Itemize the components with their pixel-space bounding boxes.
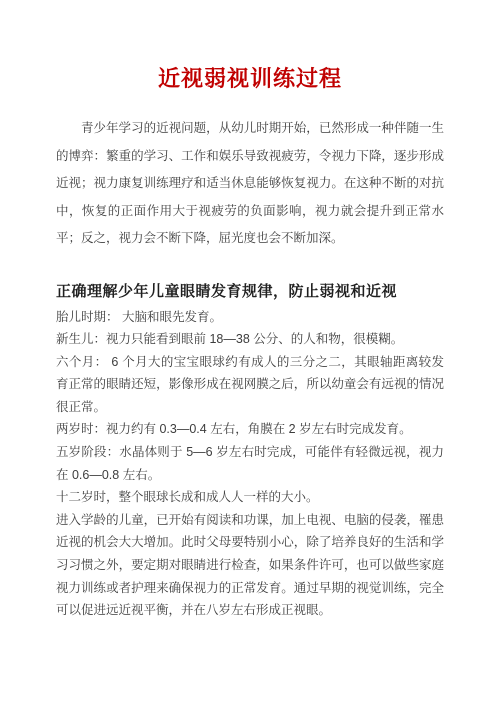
- page-title: 近视弱视训练过程: [56, 0, 444, 93]
- stage-item-twelve-years: 十二岁时，整个眼球长成和成人人一样的大小。: [56, 486, 444, 509]
- stage-item-six-months: 六个月： 6 个月大的宝宝眼球约有成人的三分之二，其眼轴距离较发育正常的眼睛还短…: [56, 351, 444, 419]
- stage-item-fetal: 胎儿时期： 大脑和眼先发育。: [56, 306, 444, 329]
- document-page: 近视弱视训练过程 青少年学习的近视问题，从幼儿时期开始，已然形成一种伴随一生的博…: [0, 0, 500, 708]
- section-heading: 正确理解少年儿童眼睛发育规律，防止弱视和近视: [56, 280, 444, 301]
- stage-item-two-years: 两岁时：视力约有 0.3—0.4 左右，角膜在 2 岁左右时完成发育。: [56, 418, 444, 441]
- stage-item-five-years: 五岁阶段：水晶体则于 5—6 岁左右时完成，可能伴有轻微远视，视力在 0.6—0…: [56, 441, 444, 486]
- intro-paragraph: 青少年学习的近视问题，从幼儿时期开始，已然形成一种伴随一生的博弈：繁重的学习、工…: [56, 115, 444, 253]
- stage-item-newborn: 新生儿：视力只能看到眼前 18—38 公分、的人和物，很模糊。: [56, 328, 444, 351]
- stage-item-school-age: 进入学龄的儿童，已开始有阅读和功课，加上电视、电脑的侵袭，罹患近视的机会大大增加…: [56, 509, 444, 622]
- stage-list: 胎儿时期： 大脑和眼先发育。 新生儿：视力只能看到眼前 18—38 公分、的人和…: [56, 306, 444, 622]
